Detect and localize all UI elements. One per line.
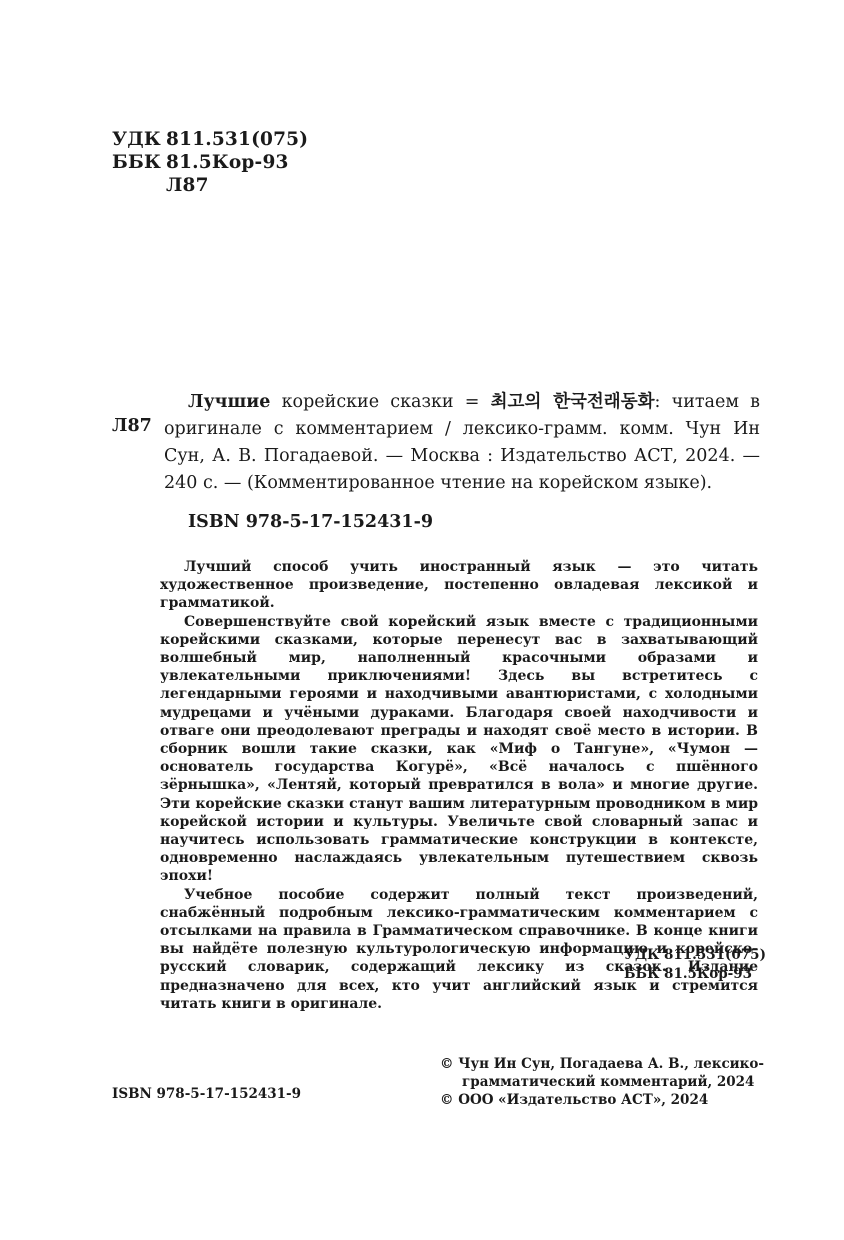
bibliographic-entry: Лучшие корейские сказки = 최고의 한국전래동화: чи…	[164, 389, 760, 497]
udk-row: УДК 811.531(075)	[112, 128, 308, 151]
annotation: Лучший способ учить иностранный язык — э…	[160, 558, 758, 1013]
author-mark: Л87	[166, 174, 209, 197]
bbk-bottom: ББК 81.5Кор-93	[624, 965, 766, 984]
udk-bottom: УДК 811.531(075)	[624, 946, 766, 965]
bib-title-lead: Лучшие	[188, 392, 270, 412]
bbk-row: ББК 81.5Кор-93	[112, 151, 308, 174]
copyright-block: © Чун Ин Сун, Погадаева А. В., лексико- …	[440, 1055, 760, 1109]
annotation-paragraph: Совершенствуйте свой корейский язык вмес…	[160, 613, 758, 886]
author-mark-row: Л87	[112, 174, 308, 197]
udk-label: УДК	[112, 128, 166, 151]
classification-block-top: УДК 811.531(075) ББК 81.5Кор-93 Л87	[112, 128, 308, 197]
annotation-paragraph: Лучший способ учить иностранный язык — э…	[160, 558, 758, 613]
classification-block-bottom: УДК 811.531(075) ББК 81.5Кор-93	[624, 946, 766, 984]
bbk-label: ББК	[112, 151, 166, 174]
bbk-value: 81.5Кор-93	[166, 151, 289, 174]
isbn-main: ISBN 978-5-17-152431-9	[188, 512, 433, 532]
copyright-line-publisher: © ООО «Издательство АСТ», 2024	[440, 1091, 760, 1109]
bib-title-korean: 최고의 한국전래동화	[491, 392, 655, 412]
copyright-line-commentary: грамматический комментарий, 2024	[440, 1073, 760, 1091]
bib-title-rest: корейские сказки =	[270, 392, 490, 412]
udk-value: 811.531(075)	[166, 128, 308, 151]
isbn-bottom: ISBN 978-5-17-152431-9	[112, 1086, 301, 1102]
bib-author-mark: Л87	[112, 416, 152, 436]
copyright-line-authors: © Чун Ин Сун, Погадаева А. В., лексико-	[440, 1055, 760, 1073]
